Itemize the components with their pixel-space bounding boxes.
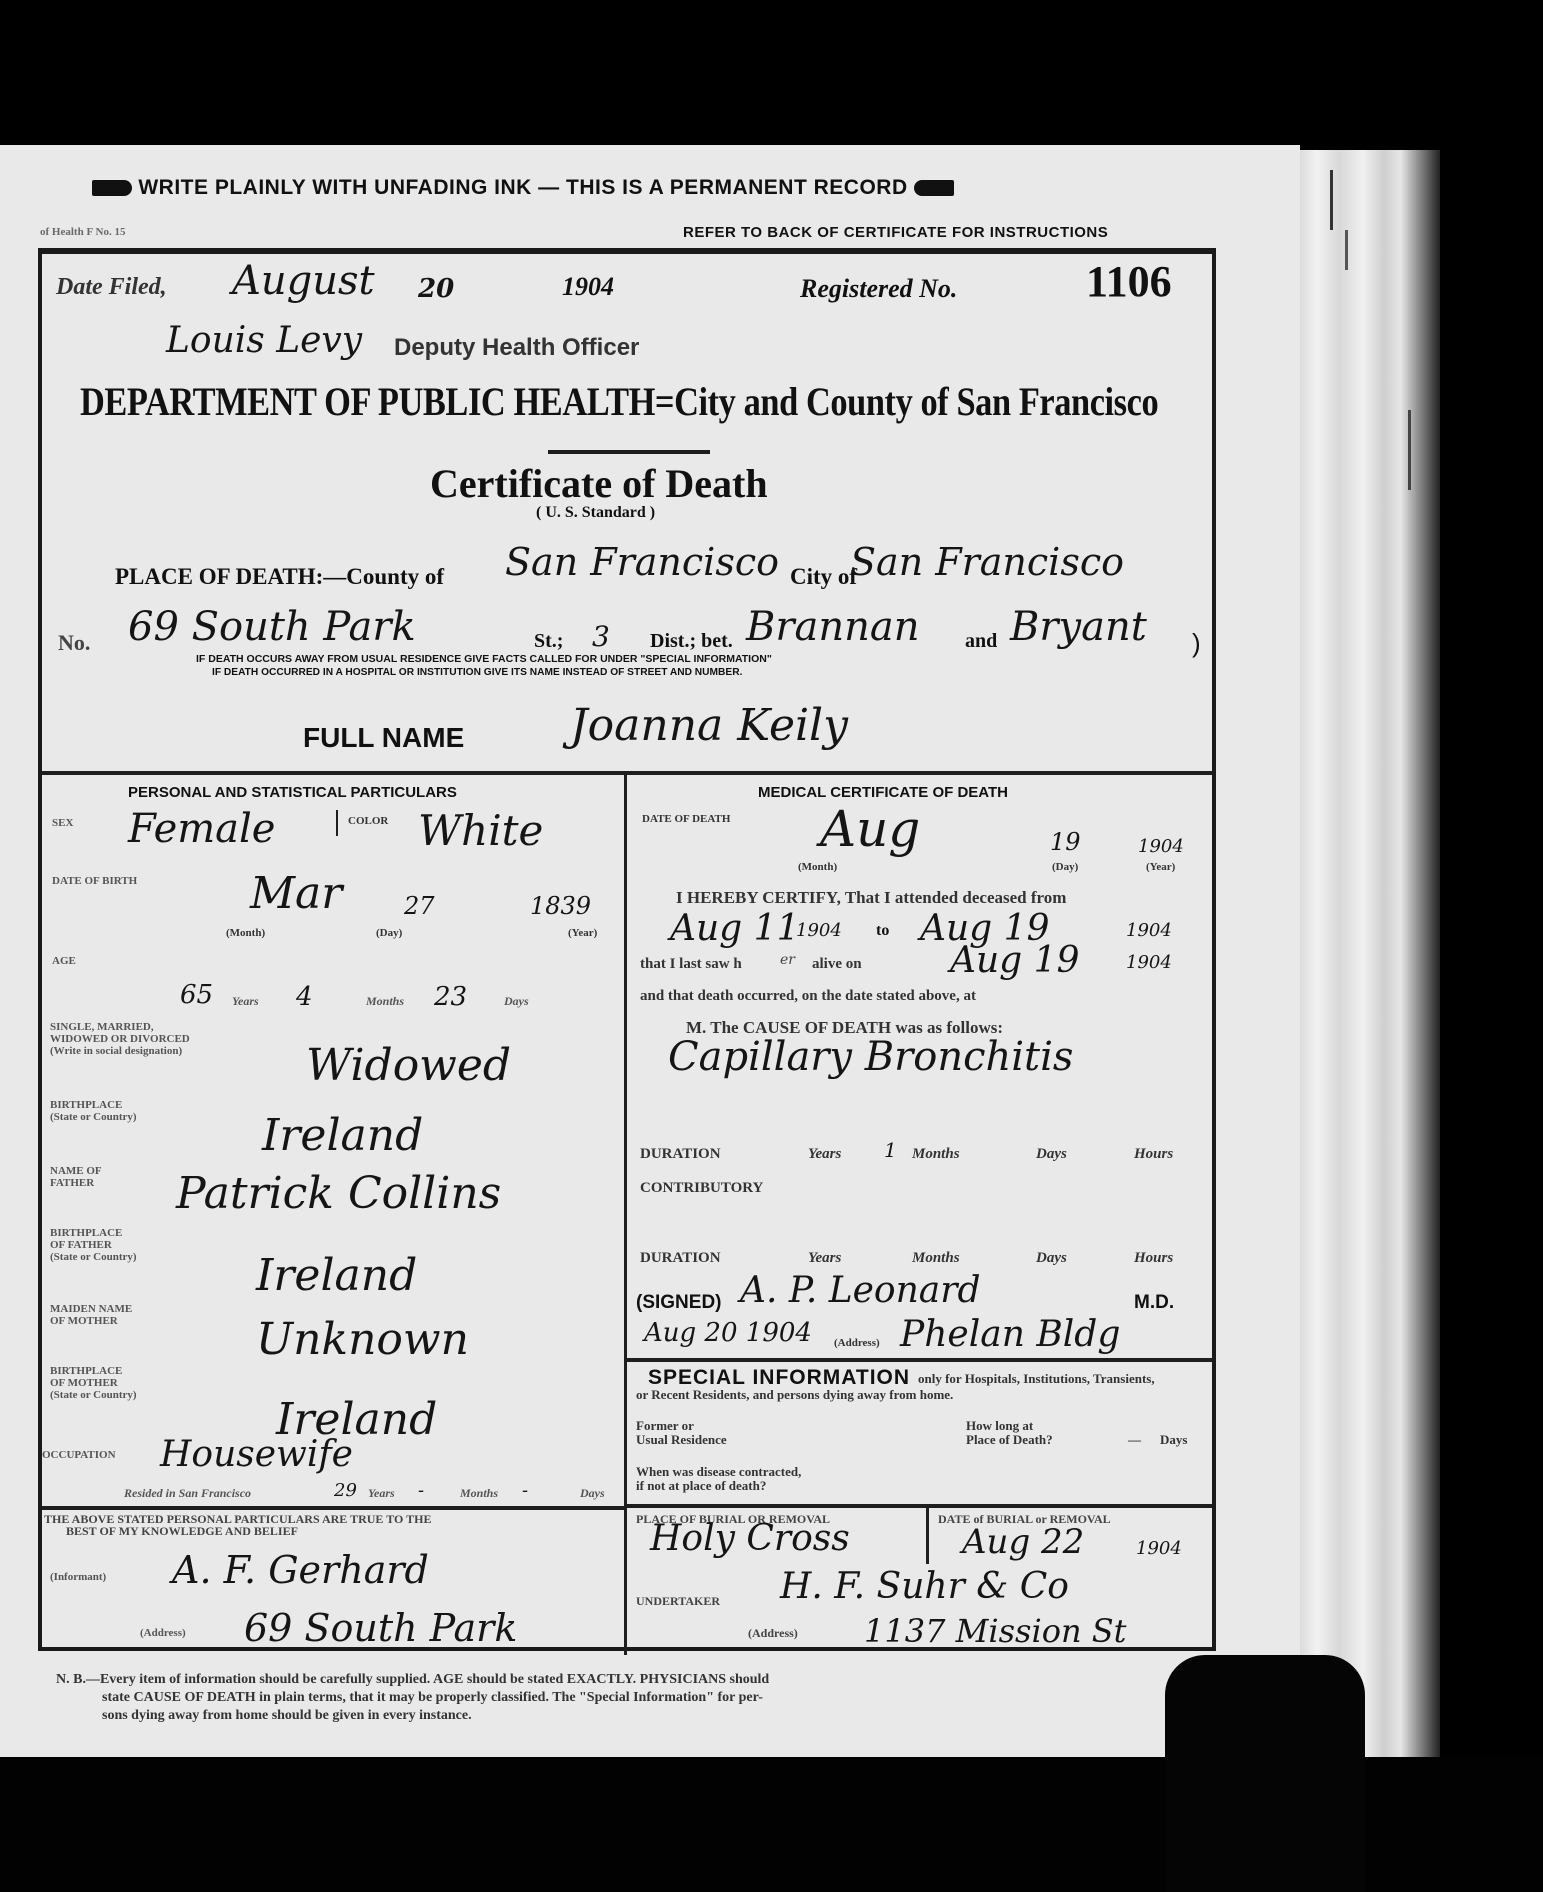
date-filed-label: Date Filed, [56, 274, 167, 301]
how-long-days-label: Days [1160, 1432, 1187, 1448]
form-id: of Health F No. 15 [40, 226, 125, 238]
former-label-2: Usual Residence [636, 1432, 727, 1448]
duration-years-caption-2: Years [808, 1250, 841, 1267]
informant-statement-2: BEST OF MY KNOWLEDGE AND BELIEF [66, 1526, 298, 1537]
mother-bp-label-2: OF MOTHER [50, 1378, 118, 1389]
dod-year: 1904 [1138, 836, 1184, 857]
resided-days-caption: Days [580, 1486, 605, 1501]
death-street: 69 South Park [128, 604, 416, 650]
birthplace-label-2: (State or Country) [50, 1112, 137, 1123]
informant-name: A. F. Gerhard [172, 1548, 429, 1592]
pointing-hand-icon [92, 180, 132, 196]
officer-signature: Louis Levy [166, 320, 362, 361]
date-filed-day: 20 [418, 274, 454, 304]
officer-title: Deputy Health Officer [394, 334, 639, 362]
occupation-label: OCCUPATION [42, 1450, 116, 1461]
medical-heading: MEDICAL CERTIFICATE OF DEATH [758, 784, 1008, 801]
city-label: City of [790, 564, 857, 590]
last-saw-label: that I last saw h [640, 956, 742, 973]
mother-label-2: OF MOTHER [50, 1316, 118, 1327]
father-label-1: NAME OF [50, 1166, 102, 1177]
divider [548, 450, 710, 454]
attended-to-year: 1904 [1126, 920, 1172, 941]
last-saw-pronoun: er [780, 952, 795, 968]
resided-months: - [418, 1480, 424, 1501]
father-name: Patrick Collins [176, 1168, 501, 1219]
department-heading: DEPARTMENT OF PUBLIC HEALTH=City and Cou… [80, 378, 1158, 425]
age-years-caption: Years [232, 994, 259, 1009]
resided-label: Resided in San Francisco [124, 1486, 251, 1501]
st-label: St.; [534, 630, 563, 653]
birthplace-label-1: BIRTHPLACE [50, 1100, 122, 1111]
mother-bp-label-3: (State or Country) [50, 1390, 137, 1401]
signed-label: (SIGNED) [636, 1292, 722, 1314]
closing-paren: ) [1192, 628, 1201, 659]
last-saw-year: 1904 [1126, 952, 1172, 973]
signed-date: Aug 20 1904 [644, 1318, 812, 1348]
contributory-label: CONTRIBUTORY [640, 1180, 763, 1197]
duration-months-value: 1 [884, 1138, 897, 1162]
father-label-2: FATHER [50, 1178, 94, 1189]
informant-divider [42, 1506, 624, 1510]
burial-column-divider [926, 1506, 929, 1564]
dob-day: 27 [404, 892, 435, 920]
physician-address: Phelan Bldg [900, 1314, 1120, 1355]
dob-day-caption: (Day) [376, 928, 402, 939]
age-months-caption: Months [366, 994, 404, 1009]
color-label: COLOR [348, 816, 388, 827]
burial-date: Aug 22 [962, 1522, 1084, 1562]
alive-on-label: alive on [812, 956, 862, 973]
column-divider [624, 775, 627, 1655]
last-saw-date: Aug 19 [950, 940, 1079, 981]
date-filed-month: August [232, 258, 375, 304]
duration-hours-caption-1: Hours [1134, 1146, 1173, 1163]
birthplace-value: Ireland [262, 1110, 423, 1161]
certificate-title: Certificate of Death [430, 460, 768, 507]
footnote-line-3: sons dying away from home should be give… [102, 1708, 472, 1724]
marital-status: Widowed [306, 1040, 511, 1091]
duration-months-caption-2: Months [912, 1250, 960, 1267]
marital-label-1: SINGLE, MARRIED, [50, 1022, 154, 1033]
occupation-value: Housewife [160, 1434, 353, 1475]
resided-days: - [522, 1480, 528, 1501]
physician-signature: A. P. Leonard [740, 1270, 981, 1311]
certify-text: I HEREBY CERTIFY, That I attended deceas… [676, 888, 1066, 908]
to-label: to [876, 922, 889, 940]
resided-years-caption: Years [368, 1486, 395, 1501]
section-divider [42, 771, 1212, 775]
father-bp-label-2: OF FATHER [50, 1240, 112, 1251]
personal-heading: PERSONAL AND STATISTICAL PARTICULARS [128, 784, 457, 801]
dob-month: Mar [250, 868, 342, 919]
special-divider [627, 1358, 1212, 1362]
duration-months-caption-1: Months [912, 1146, 960, 1163]
marital-label-2: WIDOWED OR DIVORCED [50, 1034, 190, 1045]
pointing-hand-icon [914, 180, 954, 196]
ward-number: 3 [592, 620, 610, 653]
residence-note-2: IF DEATH OCCURRED IN A HOSPITAL OR INSTI… [212, 667, 742, 678]
undertaker-name: H. F. Suhr & Co [780, 1566, 1069, 1607]
burial-divider [627, 1504, 1212, 1508]
dod-month: Aug [820, 800, 920, 858]
dob-year-caption: (Year) [568, 928, 597, 939]
sex-label: SEX [52, 818, 73, 829]
resided-months-caption: Months [460, 1486, 498, 1501]
marital-label-3: (Write in social designation) [50, 1046, 182, 1057]
duration-label-2: DURATION [640, 1250, 721, 1267]
book-page-edges [1300, 150, 1440, 1760]
dist-label: Dist.; bet. [650, 630, 733, 653]
residence-note-1: IF DEATH OCCURS AWAY FROM USUAL RESIDENC… [196, 654, 772, 665]
street-no-label: No. [58, 630, 90, 656]
registered-label: Registered No. [800, 274, 957, 304]
color-value: White [418, 806, 543, 855]
duration-label-1: DURATION [640, 1146, 721, 1163]
certificate-subtitle: ( U. S. Standard ) [536, 504, 655, 522]
how-long-label-2: Place of Death? [966, 1432, 1053, 1448]
between-street-1: Brannan [746, 604, 920, 650]
full-name-label: FULL NAME [303, 722, 464, 754]
undertaker-address-label: (Address) [748, 1628, 798, 1639]
duration-days-caption-2: Days [1036, 1250, 1067, 1267]
age-years: 65 [180, 980, 213, 1010]
duration-hours-caption-2: Hours [1134, 1250, 1173, 1267]
and-label: and [965, 630, 997, 653]
permanent-record-banner: WRITE PLAINLY WITH UNFADING INK — THIS I… [92, 176, 954, 200]
full-name-value: Joanna Keily [570, 700, 848, 751]
dod-day: 19 [1050, 828, 1081, 856]
dod-label: DATE OF DEATH [642, 814, 730, 825]
dob-year: 1839 [530, 892, 591, 920]
informant-address-label: (Address) [140, 1628, 186, 1639]
attended-from-year: 1904 [796, 920, 842, 941]
resided-years: 29 [334, 1480, 357, 1501]
refer-note: REFER TO BACK OF CERTIFICATE FOR INSTRUC… [683, 224, 1108, 241]
age-days-caption: Days [504, 994, 529, 1009]
death-city: San Francisco [850, 540, 1124, 584]
contracted-label-2: if not at place of death? [636, 1478, 766, 1494]
registered-number: 1106 [1086, 256, 1172, 307]
dod-day-caption: (Day) [1052, 862, 1078, 873]
banner-text: WRITE PLAINLY WITH UNFADING INK — THIS I… [138, 176, 907, 199]
informant-label: (Informant) [50, 1572, 106, 1583]
duration-days-caption-1: Days [1036, 1146, 1067, 1163]
duration-years-caption-1: Years [808, 1146, 841, 1163]
md-label: M.D. [1134, 1292, 1174, 1314]
age-label: AGE [52, 956, 76, 967]
footnote-line-1: N. B.—Every item of information should b… [56, 1672, 769, 1688]
age-days: 23 [434, 982, 467, 1012]
mother-label-1: MAIDEN NAME [50, 1304, 132, 1315]
special-heading-note-2: or Recent Residents, and persons dying a… [636, 1387, 953, 1403]
physician-address-label: (Address) [834, 1338, 880, 1349]
father-birthplace: Ireland [256, 1250, 417, 1301]
dob-label: DATE OF BIRTH [52, 876, 137, 887]
attended-from: Aug 11 [670, 908, 799, 949]
undertaker-label: UNDERTAKER [636, 1596, 720, 1607]
occurred-text: and that death occurred, on the date sta… [640, 988, 976, 1005]
how-long-value: — [1128, 1432, 1141, 1448]
date-filed-year: 1904 [562, 272, 614, 302]
dob-month-caption: (Month) [226, 928, 265, 939]
between-street-2: Bryant [1010, 604, 1147, 650]
mother-bp-label-1: BIRTHPLACE [50, 1366, 122, 1377]
age-months: 4 [296, 982, 313, 1012]
dod-year-caption: (Year) [1146, 862, 1175, 873]
undertaker-address: 1137 Mission St [864, 1612, 1127, 1650]
dod-month-caption: (Month) [798, 862, 837, 873]
burial-place: Holy Cross [650, 1518, 850, 1559]
mother-name: Unknown [256, 1314, 469, 1365]
cause-of-death: Capillary Bronchitis [668, 1034, 1073, 1080]
death-county: San Francisco [505, 540, 779, 584]
special-heading-note: only for Hospitals, Institutions, Transi… [918, 1371, 1155, 1387]
informant-address: 69 South Park [244, 1606, 517, 1650]
sex-color-divider [336, 810, 338, 836]
father-bp-label-1: BIRTHPLACE [50, 1228, 122, 1239]
burial-year: 1904 [1136, 1538, 1182, 1559]
place-of-death-label: PLACE OF DEATH:—County of [115, 564, 444, 590]
footnote-line-2: state CAUSE OF DEATH in plain terms, tha… [102, 1690, 763, 1706]
scanner-thumb-shadow [1165, 1655, 1365, 1892]
father-bp-label-3: (State or Country) [50, 1252, 137, 1263]
sex-value: Female [128, 806, 275, 852]
